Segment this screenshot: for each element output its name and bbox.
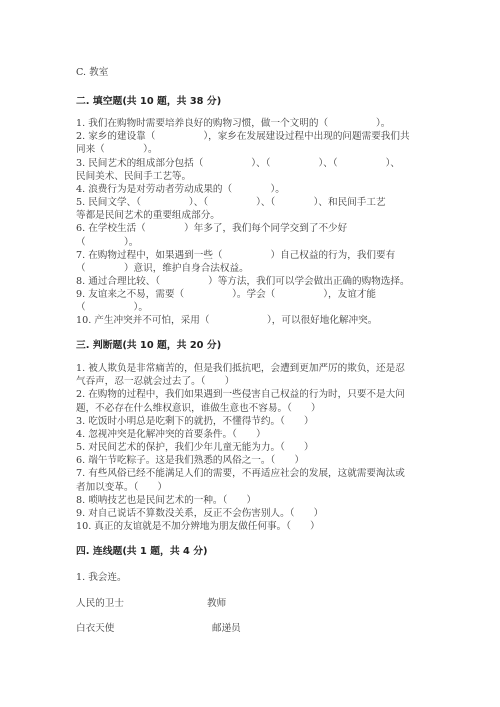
- judge-q10: 10. 真正的友谊就是不加分辨地为朋友做任何事。（ ）: [76, 520, 320, 533]
- fill-q7: 7. 在购物过程中，如果遇到一些（ ）自己权益的行为，我们要有: [76, 249, 395, 262]
- judge-q9: 9. 对自己说话不算数没关系，反正不会伤害别人。（ ）: [76, 507, 323, 520]
- fill-q4: 4. 浪费行为是对劳动者劳动成果的（ ）。: [76, 183, 285, 196]
- judge-q1-cont: 气吞声，忍一忍就会过去了。（ ）: [76, 375, 234, 388]
- fill-q6-cont: （ ）。: [76, 236, 138, 249]
- judge-q4: 4. 忽视冲突是化解冲突的首要条件。（ ）: [76, 428, 266, 441]
- fill-q9: 9. 友谊来之不易，需要（ ）。学会（ ），友谊才能: [76, 288, 376, 301]
- fill-q7-cont: （ ）意识，维护自身合法权益。: [76, 262, 249, 275]
- fill-q1: 1. 我们在购物时需要培养良好的购物习惯，做一个文明的（ ）。: [76, 117, 390, 130]
- fill-q2: 2. 家乡的建设靠（ ），家乡在发展建设过程中出现的问题需要我们共: [76, 130, 410, 143]
- fill-q5: 5. 民间文学、（ ）、（ ）、（ ）、和民间手工艺: [76, 196, 386, 209]
- judge-q5: 5. 对民间艺术的保护，我们少年儿童无能为力。（ ）: [76, 441, 314, 454]
- judge-q1: 1. 被人欺负是非常痛苦的，但是我们抵抗吧，会遭到更加严厉的欺负，还是忍: [76, 362, 405, 375]
- judge-q8: 8. 唢呐技艺也是民间艺术的一种。（ ）: [76, 494, 256, 507]
- section2-title: 二. 填空题(共 10 题，共 38 分): [76, 95, 221, 108]
- match-left-1: 人民的卫士: [76, 597, 124, 610]
- prev-option-c: C. 教室: [76, 66, 108, 79]
- judge-q3: 3. 吃饭时小明总是吃剩下的就扔，不懂得节约。（ ）: [76, 415, 314, 428]
- judge-q2-cont: 题，不必存在什么维权意识，谁做生意也不容易。（ ）: [76, 402, 321, 415]
- match-right-2: 邮递员: [212, 622, 241, 635]
- fill-q2-cont: 同来（ ）。: [76, 143, 158, 156]
- judge-q7-cont: 者加以变革。（ ）: [76, 481, 167, 494]
- match-left-2: 白衣天使: [76, 622, 114, 635]
- section4-title: 四. 连线题(共 1 题，共 4 分): [76, 545, 208, 558]
- fill-q5-cont: 等都是民间艺术的重要组成部分。: [76, 209, 220, 222]
- fill-q8: 8. 通过合理比较、（ ）等方法，我们可以学会做出正确的购物选择。: [76, 275, 410, 288]
- judge-q2: 2. 在购物的过程中，我们如果遇到一些侵害自己权益的行为时，只要不是大问: [76, 388, 405, 401]
- section3-title: 三. 判断题(共 10 题，共 20 分): [76, 339, 221, 352]
- fill-q9-cont: （ ）。: [76, 301, 148, 314]
- match-question: 1. 我会连。: [76, 571, 127, 584]
- fill-q3-cont: 民间美术、民间手工艺等。: [76, 170, 191, 183]
- match-right-1: 教师: [207, 597, 226, 610]
- fill-q3: 3. 民间艺术的组成部分包括（ ）、（ ）、（ ）、: [76, 157, 400, 170]
- judge-q7: 7. 有些风俗已经不能满足人们的需要，不再适应社会的发展，这就需要淘汰或: [76, 467, 405, 480]
- judge-q6: 6. 端午节吃粽子。这是我们熟悉的风俗之一。（ ）: [76, 454, 304, 467]
- fill-q6: 6. 在学校生活（ ）年多了，我们每个同学交到了不少好: [76, 222, 347, 235]
- exam-page: C. 教室 二. 填空题(共 10 题，共 38 分) 1. 我们在购物时需要培…: [0, 0, 500, 707]
- fill-q10: 10. 产生冲突并不可怕，采用（ ），可以很好地化解冲突。: [76, 314, 377, 327]
